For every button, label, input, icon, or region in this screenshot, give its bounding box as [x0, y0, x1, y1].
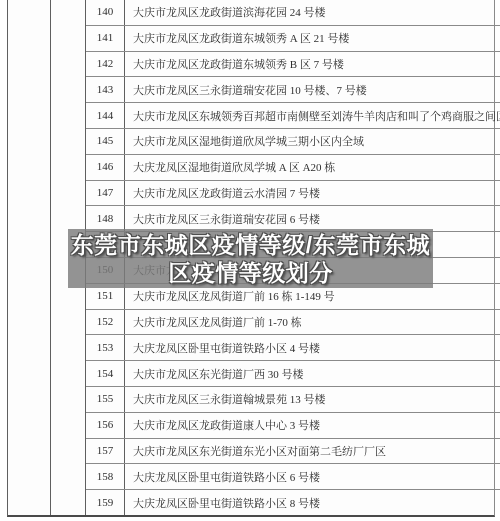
- row-text: 大庆市龙凤区三永街道瑞安花园 10 号楼、7 号楼: [125, 77, 500, 102]
- row-text: 大庆市龙凤区东城领秀百邦超市南侧壁至刘涛牛羊肉店和叫了个鸡商服之间区域: [125, 103, 500, 128]
- table-row: 153 大庆龙凤区卧里屯街道铁路小区 4 号楼: [86, 335, 500, 361]
- table-row: 147 大庆市龙凤区龙政街道云水清园 7 号楼: [86, 181, 500, 207]
- table-row: 140 大庆市龙凤区龙政街道滨海花园 24 号楼: [86, 0, 500, 26]
- row-number: 153: [86, 335, 125, 360]
- row-number: 141: [86, 26, 125, 51]
- table-row: 158 大庆龙凤区卧里屯街道铁路小区 6 号楼: [86, 464, 500, 490]
- watermark-line-1: 东莞市东城区疫情等级/东莞市东城: [71, 231, 430, 259]
- row-number: 143: [86, 77, 125, 102]
- row-number: 158: [86, 464, 125, 489]
- table-row: 144 大庆市龙凤区东城领秀百邦超市南侧壁至刘涛牛羊肉店和叫了个鸡商服之间区域: [86, 103, 500, 129]
- table-row: 143 大庆市龙凤区三永街道瑞安花园 10 号楼、7 号楼: [86, 77, 500, 103]
- row-text: 大庆市龙凤区湿地街道欣凤学城三期小区内全域: [125, 129, 500, 154]
- table-row: 156 大庆市龙凤区龙政街道康人中心 3 号楼: [86, 413, 500, 439]
- row-text: 大庆市龙凤区龙政街道云水清园 7 号楼: [125, 181, 500, 206]
- row-number: 159: [86, 490, 125, 515]
- row-number: 148: [86, 206, 125, 231]
- table-row: 159 大庆龙凤区卧里屯街道铁路小区 8 号楼: [86, 490, 500, 515]
- table-row: 141 大庆市龙凤区龙政街道东城领秀 A 区 21 号楼: [86, 26, 500, 52]
- merged-empty-column-1: [8, 0, 51, 515]
- row-text: 大庆市龙凤区三永街道瑞安花园 6 号楼: [125, 206, 500, 231]
- watermark-overlay: 东莞市东城区疫情等级/东莞市东城 区疫情等级划分: [68, 229, 433, 288]
- table-row: 155 大庆市龙凤区三永街道翰城景苑 13 号楼: [86, 387, 500, 413]
- row-number: 155: [86, 387, 125, 412]
- row-number: 140: [86, 0, 125, 25]
- watermark-line-2: 区疫情等级划分: [168, 259, 333, 287]
- row-text: 大庆市龙凤区三永街道翰城景苑 13 号楼: [125, 387, 500, 412]
- table-row: 142 大庆市龙凤区龙政街道东城领秀 B 区 7 号楼: [86, 52, 500, 78]
- row-text: 大庆市龙凤区东光街道东光小区对面第二毛纺厂厂区: [125, 439, 500, 464]
- row-text: 大庆龙凤区湿地街道欣凤学城 A 区 A20 栋: [125, 155, 500, 180]
- row-text: 大庆龙凤区卧里屯街道铁路小区 8 号楼: [125, 490, 500, 515]
- table-row: 154 大庆市龙凤区东光街道厂西 30 号楼: [86, 361, 500, 387]
- row-number: 147: [86, 181, 125, 206]
- row-number: 152: [86, 310, 125, 335]
- row-text: 大庆市龙凤区龙政街道东城领秀 B 区 7 号楼: [125, 52, 500, 77]
- row-number: 144: [86, 103, 125, 128]
- row-number: 146: [86, 155, 125, 180]
- row-text: 大庆市龙凤区龙凤街道厂前 1-70 栋: [125, 310, 500, 335]
- table-row: 146 大庆龙凤区湿地街道欣凤学城 A 区 A20 栋: [86, 155, 500, 181]
- row-text: 大庆龙凤区卧里屯街道铁路小区 6 号楼: [125, 464, 500, 489]
- row-text: 大庆市龙凤区龙政街道滨海花园 24 号楼: [125, 0, 500, 25]
- row-number: 156: [86, 413, 125, 438]
- table-row: 157 大庆市龙凤区东光街道东光小区对面第二毛纺厂厂区: [86, 439, 500, 465]
- table-row: 152 大庆市龙凤区龙凤街道厂前 1-70 栋: [86, 310, 500, 336]
- row-text: 大庆市龙凤区龙政街道东城领秀 A 区 21 号楼: [125, 26, 500, 51]
- row-number: 145: [86, 129, 125, 154]
- row-number: 142: [86, 52, 125, 77]
- table-row: 145 大庆市龙凤区湿地街道欣凤学城三期小区内全域: [86, 129, 500, 155]
- row-text: 大庆龙凤区卧里屯街道铁路小区 4 号楼: [125, 335, 500, 360]
- row-number: 157: [86, 439, 125, 464]
- row-text: 大庆市龙凤区东光街道厂西 30 号楼: [125, 361, 500, 386]
- row-number: 154: [86, 361, 125, 386]
- row-text: 大庆市龙凤区龙政街道康人中心 3 号楼: [125, 413, 500, 438]
